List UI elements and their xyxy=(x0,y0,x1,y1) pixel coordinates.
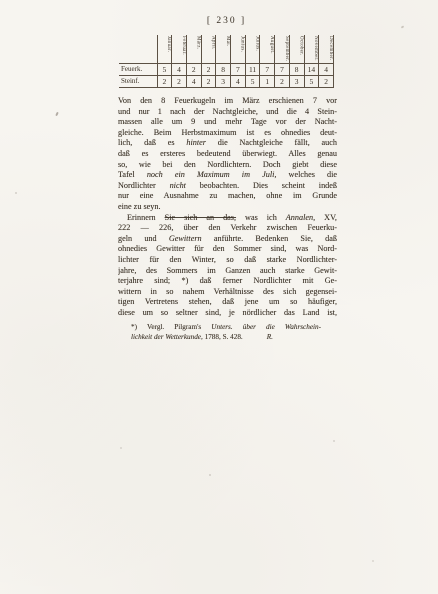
table-row: Steinf.224234512352 xyxy=(119,76,334,88)
text-line: jahre, des Sommers im Ganzen auch starke… xyxy=(118,266,337,277)
text-line: geln und Gewittern anführte. Bedenken Si… xyxy=(118,234,337,245)
month-header: October. xyxy=(289,35,304,64)
text-line: wittern in so nahem Verhältnisse des sic… xyxy=(118,287,337,298)
value-cell: 2 xyxy=(319,76,334,88)
month-header: Julius. xyxy=(245,35,260,64)
text-line: tigen Vertretens stehen, daß jene um so … xyxy=(118,297,337,308)
text-line: und nur 1 nach der Nachtgleiche, und die… xyxy=(118,107,337,118)
page-number: [ 230 ] xyxy=(118,16,335,26)
footnote: *) Vergl. Pilgram's Unters. über die Wah… xyxy=(131,323,321,343)
text-line: nur eine Ausnahme zu machen, ohne im Gru… xyxy=(118,191,337,202)
paragraph-1: Von den 8 Feuerkugeln im März erschienen… xyxy=(118,96,337,213)
value-cell: 4 xyxy=(231,76,246,88)
text-line: eine zu seyn. xyxy=(118,202,337,213)
body-text: Von den 8 Feuerkugeln im März erschienen… xyxy=(118,96,337,343)
value-cell: 8 xyxy=(289,64,304,76)
row-label: Feuerk. xyxy=(119,64,157,76)
value-cell: 2 xyxy=(201,76,216,88)
text-line: Erinnern Sie sich an das, was ich Annale… xyxy=(118,213,337,224)
text-line: so, wie bei den Nordlichtern. Doch giebt… xyxy=(118,160,337,171)
value-cell: 1 xyxy=(260,76,275,88)
row-label: Steinf. xyxy=(119,76,157,88)
paper-speck xyxy=(333,440,335,442)
month-header: April. xyxy=(201,35,216,64)
value-cell: 7 xyxy=(275,64,290,76)
value-cell: 7 xyxy=(260,64,275,76)
text-line: *) Vergl. Pilgram's Unters. über die Wah… xyxy=(131,323,321,333)
month-header: August. xyxy=(260,35,275,64)
paper-speck xyxy=(372,560,374,562)
month-header: September. xyxy=(275,35,290,64)
paper-speck xyxy=(55,112,59,116)
value-cell: 4 xyxy=(172,64,187,76)
value-cell: 5 xyxy=(245,76,260,88)
paper-speck xyxy=(15,192,17,194)
text-line: lichkeit der Wetterkunde, 1788, S. 428.R… xyxy=(131,333,321,343)
text-line: Von den 8 Feuerkugeln im März erschienen… xyxy=(118,96,337,107)
book-page: [ 230 ] Januar.Februar.März.April.Mai.Ju… xyxy=(0,0,438,594)
value-cell: 3 xyxy=(289,76,304,88)
table-corner-cell xyxy=(119,35,157,64)
paper-speck xyxy=(401,25,405,28)
table-row: Feuerk.54228711778144 xyxy=(119,64,334,76)
paper-speck xyxy=(209,474,211,476)
month-header: December. xyxy=(319,35,334,64)
text-line: lich, daß es hinter die Nachtgleiche fäl… xyxy=(118,138,337,149)
month-header: Februar. xyxy=(172,35,187,64)
value-cell: 2 xyxy=(275,76,290,88)
month-header: Januar. xyxy=(157,35,172,64)
text-line: 222 — 226, über den Verkehr zwischen Feu… xyxy=(118,223,337,234)
month-header-row: Januar.Februar.März.April.Mai.Junius.Jul… xyxy=(119,35,334,64)
value-cell: 7 xyxy=(231,64,246,76)
value-cell: 3 xyxy=(216,76,231,88)
value-cell: 2 xyxy=(157,76,172,88)
month-header: November. xyxy=(304,35,319,64)
monthly-counts-table: Januar.Februar.März.April.Mai.Junius.Jul… xyxy=(119,35,334,88)
value-cell: 14 xyxy=(304,64,319,76)
month-header: Junius. xyxy=(231,35,246,64)
text-line: daß es ersteres bedeutend überwiegt. All… xyxy=(118,149,337,160)
value-cell: 4 xyxy=(186,76,201,88)
monthly-counts-table-wrap: Januar.Februar.März.April.Mai.Junius.Jul… xyxy=(119,35,334,88)
text-line: Nordlichter nicht beobachten. Dies schei… xyxy=(118,181,337,192)
text-line: massen alle um 9 und mehr Tage vor der N… xyxy=(118,117,337,128)
text-line: Tafel noch ein Maximum im Juli, welches … xyxy=(118,170,337,181)
paper-speck xyxy=(120,447,122,449)
value-cell: 5 xyxy=(157,64,172,76)
month-header: März. xyxy=(186,35,201,64)
text-line: terjahre sind; *) daß ferner Nordlichter… xyxy=(118,276,337,287)
value-cell: 2 xyxy=(186,64,201,76)
month-header: Mai. xyxy=(216,35,231,64)
text-line: lichter für den Winter, so daß starke No… xyxy=(118,255,337,266)
value-cell: 5 xyxy=(304,76,319,88)
value-cell: 11 xyxy=(245,64,260,76)
value-cell: 4 xyxy=(319,64,334,76)
text-line: diese um so seltner sind, je nördlicher … xyxy=(118,308,337,319)
value-cell: 8 xyxy=(216,64,231,76)
text-line: ohnedies Gewitter für den Sommer sind, w… xyxy=(118,244,337,255)
text-line: gleiche. Beim Herbstmaximum ist es ohned… xyxy=(118,128,337,139)
paragraph-2: Erinnern Sie sich an das, was ich Annale… xyxy=(118,213,337,319)
value-cell: 2 xyxy=(201,64,216,76)
value-cell: 2 xyxy=(172,76,187,88)
